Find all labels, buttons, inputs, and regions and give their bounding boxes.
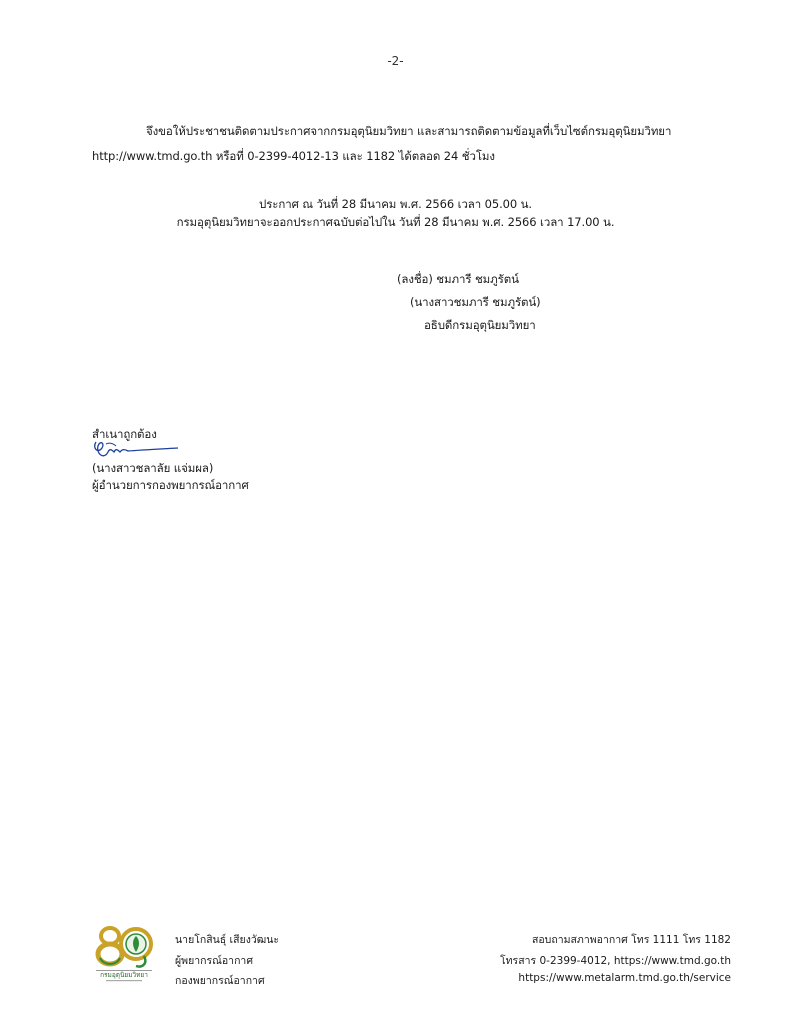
- footer-fax-website: โทรสาร 0-2399-4012, https://www.tmd.go.t…: [500, 952, 731, 969]
- signature-signed: (ลงชื่อ) ชมภารี ชมภูรัตน์: [397, 274, 519, 286]
- tmd-website-link[interactable]: http://www.tmd.go.th: [92, 149, 212, 163]
- footer-inquiry-phone: สอบถามสภาพอากาศ โทร 1111 โทร 1182: [532, 931, 731, 948]
- certified-copy-position: ผู้อำนวยการกองพยากรณ์อากาศ: [92, 480, 249, 492]
- tmd-80th-anniversary-logo-icon: กรมอุตุนิยมวิทยา: [92, 922, 156, 984]
- contact-phone-text: หรือที่ 0-2399-4012-13 และ 1182 ได้ตลอด …: [212, 149, 495, 163]
- body-paragraph-line-2: http://www.tmd.go.th หรือที่ 0-2399-4012…: [92, 151, 495, 163]
- body-paragraph-line-1: จึงขอให้ประชาชนติดตามประกาศจากกรมอุตุนิย…: [146, 126, 671, 138]
- footer-forecaster-role: ผู้พยากรณ์อากาศ: [175, 952, 253, 969]
- announcement-next-issue: กรมอุตุนิยมวิทยาจะออกประกาศฉบับต่อไปใน ว…: [0, 217, 791, 229]
- signature-full-name: (นางสาวชมภารี ชมภูรัตน์): [410, 297, 541, 309]
- announcement-issued: ประกาศ ณ วันที่ 28 มีนาคม พ.ศ. 2566 เวลา…: [0, 199, 791, 211]
- page-number: -2-: [0, 54, 791, 68]
- footer-division: กองพยากรณ์อากาศ: [175, 972, 265, 989]
- svg-text:กรมอุตุนิยมวิทยา: กรมอุตุนิยมวิทยา: [100, 971, 148, 979]
- footer-service-link[interactable]: https://www.metalarm.tmd.go.th/service: [518, 972, 731, 984]
- footer-forecaster-name: นายโกสินธุ์ เสียงวัฒนะ: [175, 931, 279, 948]
- signature-position: อธิบดีกรมอุตุนิยมวิทยา: [424, 320, 536, 332]
- certified-copy-name: (นางสาวชลาลัย แจ่มผล): [92, 463, 213, 475]
